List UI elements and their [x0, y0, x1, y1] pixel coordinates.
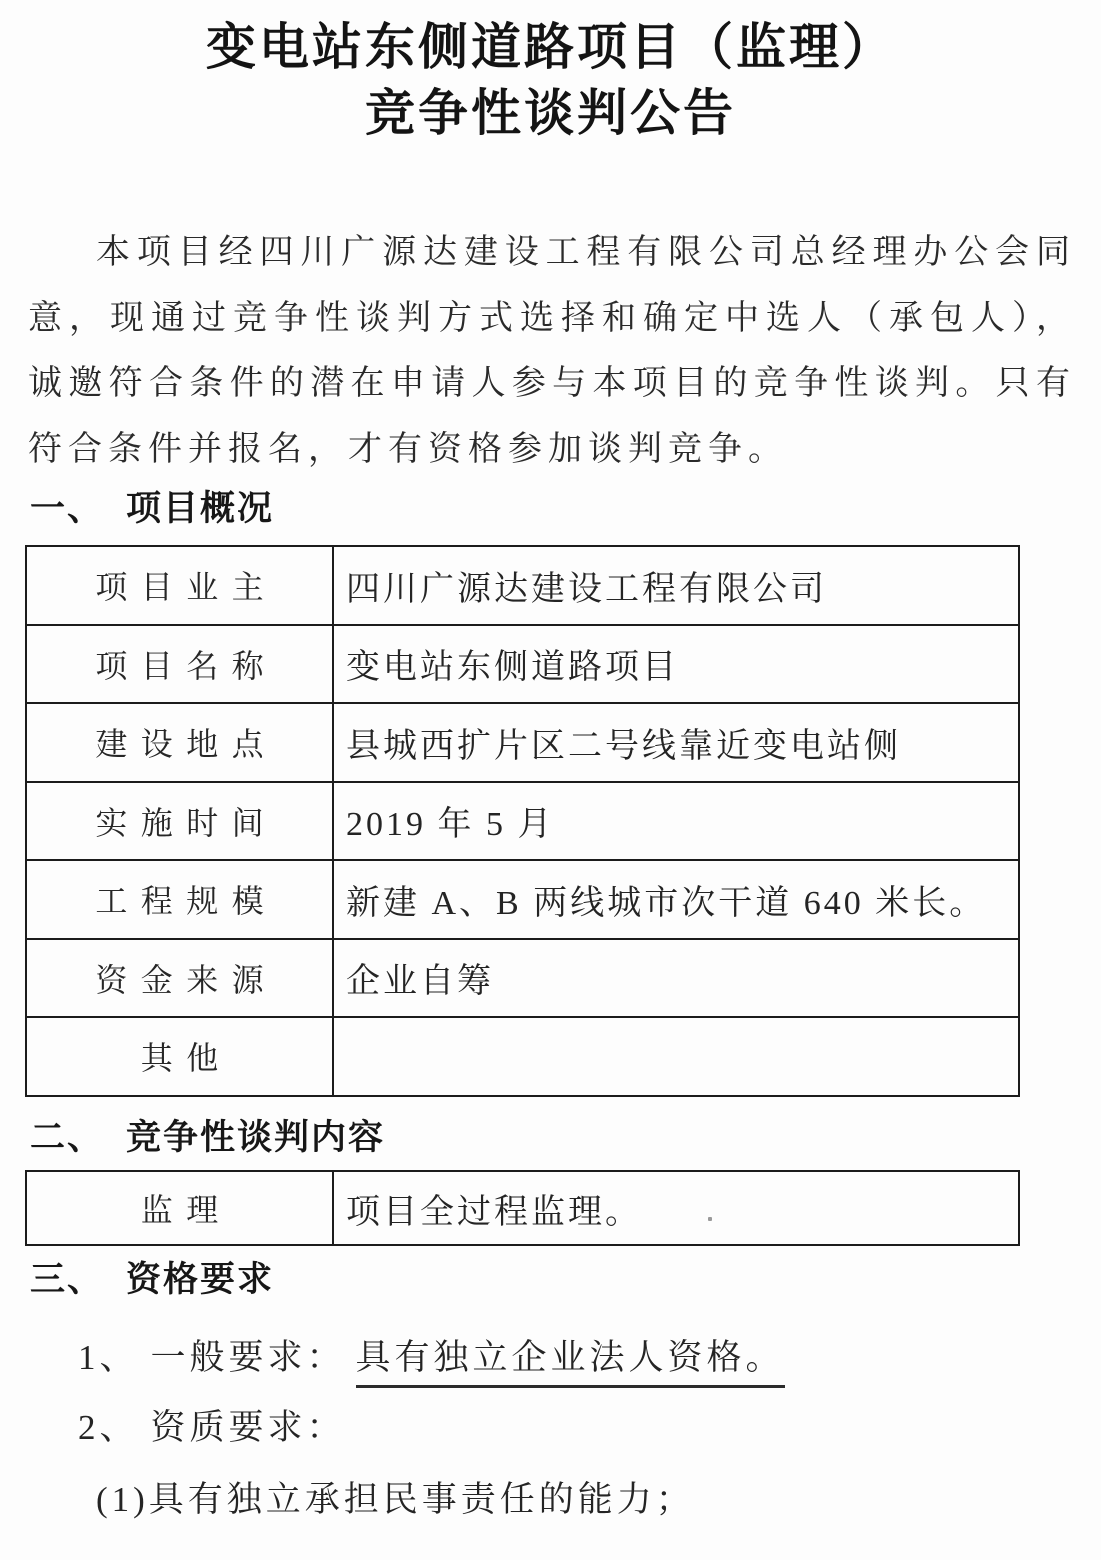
row-value-cell: 2019 年 5 月: [333, 782, 1019, 861]
subitem-text: (1)具有独立承担民事责任的能力；: [96, 1480, 695, 1519]
row-value-cell: 企业自筹: [333, 939, 1019, 1018]
section-number: 三、: [30, 1260, 104, 1299]
item-label: 一般要求：: [151, 1338, 346, 1377]
row-value-cell: 四川广源达建设工程有限公司: [333, 546, 1019, 625]
row-value-cell: 变电站东侧道路项目: [333, 625, 1019, 704]
table-row: 建设地点 县城西扩片区二号线靠近变电站侧: [26, 703, 1019, 782]
document-title: 变电站东侧道路项目（监理） 竞争性谈判公告: [0, 14, 1101, 146]
row-label-cell: 资金来源: [26, 939, 333, 1018]
row-label-cell: 项目业主: [26, 546, 333, 625]
row-label-cell: 监理: [26, 1171, 333, 1245]
section-title: 资格要求: [126, 1260, 274, 1299]
row-value-cell: [333, 1017, 1019, 1096]
document-page: 变电站东侧道路项目（监理） 竞争性谈判公告 本项目经四川广源达建设工程有限公司总…: [0, 0, 1101, 1560]
project-overview-table: 项目业主 四川广源达建设工程有限公司 项目名称 变电站东侧道路项目 建设地点 县…: [25, 545, 1020, 1097]
qualification-subitem-civil-liability: (1)具有独立承担民事责任的能力；: [96, 1477, 695, 1523]
section-heading-project-overview: 一、项目概况: [30, 489, 274, 529]
title-line-2: 竞争性谈判公告: [0, 80, 1101, 146]
row-label-cell: 建设地点: [26, 703, 333, 782]
title-line-1: 变电站东侧道路项目（监理）: [0, 14, 1101, 80]
section-title: 项目概况: [126, 489, 274, 528]
table-row: 其他: [26, 1017, 1019, 1096]
row-label-cell: 实施时间: [26, 782, 333, 861]
scan-speck-artifact: [708, 1217, 712, 1221]
row-label-cell: 其他: [26, 1017, 333, 1096]
table-row: 项目业主 四川广源达建设工程有限公司: [26, 546, 1019, 625]
table-row: 资金来源 企业自筹: [26, 939, 1019, 1018]
item-underlined-text: 具有独立企业法人资格。: [356, 1338, 785, 1388]
item-number: 2、: [78, 1408, 139, 1447]
section-heading-negotiation-content: 二、竞争性谈判内容: [30, 1118, 385, 1158]
table-row: 工程规模 新建 A、B 两线城市次干道 640 米长。: [26, 860, 1019, 939]
row-value-cell: 项目全过程监理。: [333, 1171, 1019, 1245]
negotiation-content-table: 监理 项目全过程监理。: [25, 1170, 1020, 1246]
row-value-cell: 新建 A、B 两线城市次干道 640 米长。: [333, 860, 1019, 939]
section-number: 一、: [30, 489, 104, 528]
item-label: 资质要求：: [151, 1408, 346, 1447]
section-heading-qualification-requirements: 三、资格要求: [30, 1260, 274, 1300]
qualification-item-general: 1、一般要求：具有独立企业法人资格。: [78, 1335, 785, 1381]
section-title: 竞争性谈判内容: [126, 1118, 385, 1157]
row-label-cell: 工程规模: [26, 860, 333, 939]
row-label-cell: 项目名称: [26, 625, 333, 704]
row-value-cell: 县城西扩片区二号线靠近变电站侧: [333, 703, 1019, 782]
intro-paragraph: 本项目经四川广源达建设工程有限公司总经理办公会同意，现通过竞争性谈判方式选择和确…: [28, 220, 1076, 482]
table-row: 监理 项目全过程监理。: [26, 1171, 1019, 1245]
section-number: 二、: [30, 1118, 104, 1157]
item-number: 1、: [78, 1338, 139, 1377]
table-row: 项目名称 变电站东侧道路项目: [26, 625, 1019, 704]
table-row: 实施时间 2019 年 5 月: [26, 782, 1019, 861]
qualification-item-credential: 2、资质要求：: [78, 1405, 346, 1451]
